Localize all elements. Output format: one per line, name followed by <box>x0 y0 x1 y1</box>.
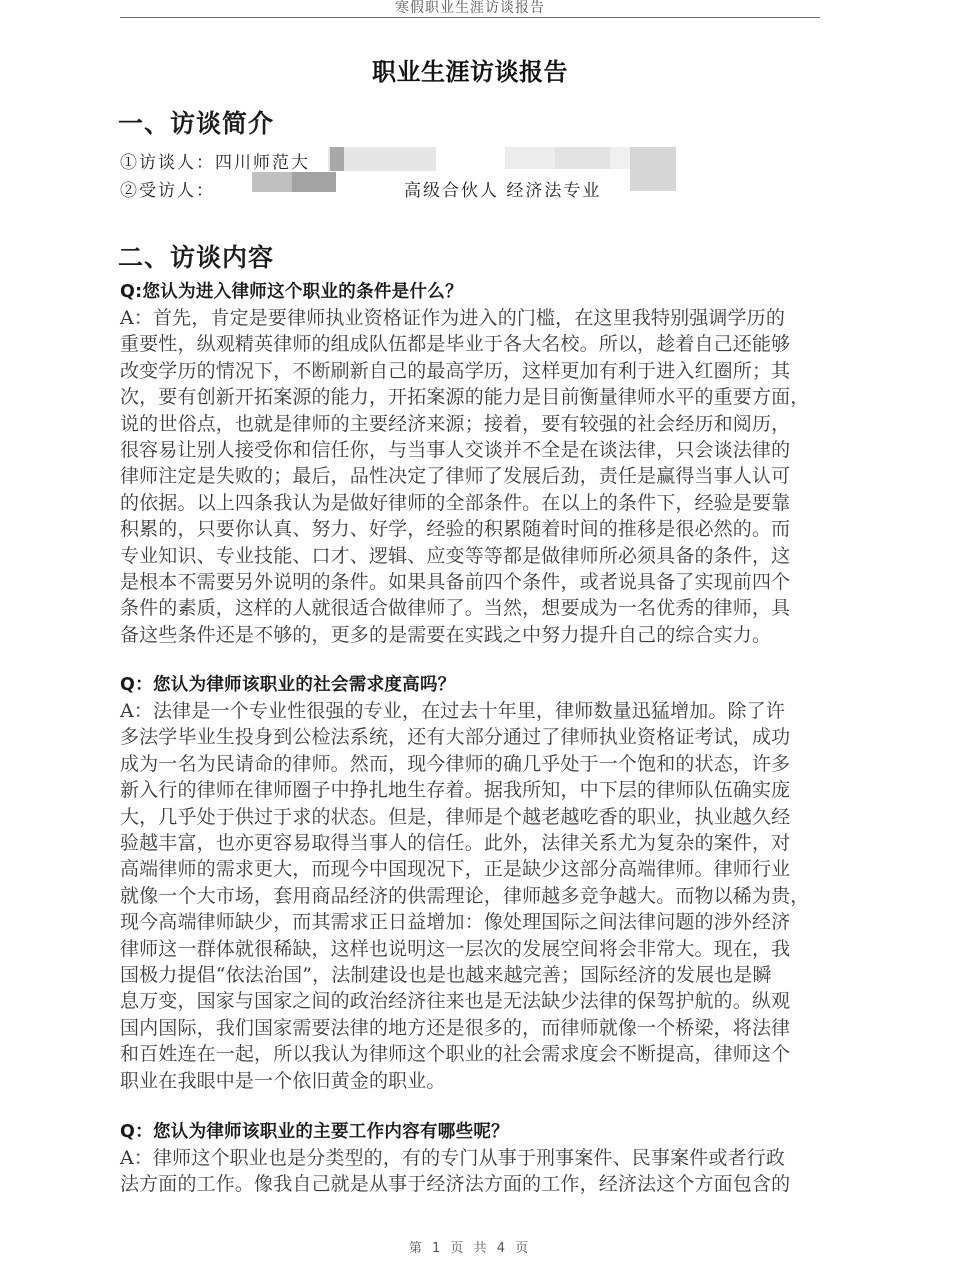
answer-line: 法方面的工作。像我自己就是从事于经济法方面的工作，经济法这个方面包含的 <box>120 1171 825 1197</box>
redaction-block <box>252 172 292 192</box>
answer-line: A：法律是一个专业性很强的专业，在过去十年里，律师数量迅猛增加。除了许 <box>120 698 825 724</box>
answer-line: 职业在我眼中是一个依旧黄金的职业。 <box>120 1068 825 1094</box>
answer-text: A：律师这个职业也是分类型的，有的专门从事于刑事案件、民事案件或者行政 法方面的… <box>120 1145 825 1198</box>
page-number-footer: 第 1 页 共 4 页 <box>0 1237 940 1256</box>
answer-line: 现今高端律师缺少，而其需求正日益增加：像处理国际之间法律问题的涉外经济 <box>120 909 825 935</box>
redaction-block <box>292 172 336 192</box>
section-heading-content: 二、访谈内容 <box>118 238 274 274</box>
interviewee-label: ②受访人： <box>120 181 215 201</box>
answer-line: 国内国际，我们国家需要法律的地方还是很多的，而律师就像一个桥梁，将法律 <box>120 1015 825 1041</box>
answer-line: 说的世俗点，也就是律师的主要经济来源；接着，要有较强的社会经历和阅历， <box>120 411 825 437</box>
redaction-block <box>505 147 555 169</box>
question-text: Q:您认为进入律师这个职业的条件是什么？ <box>120 279 825 305</box>
document-title: 职业生涯访谈报告 <box>0 52 940 87</box>
answer-text: A：法律是一个专业性很强的专业，在过去十年里，律师数量迅猛增加。除了许 多法学毕… <box>120 698 825 1094</box>
section-heading-intro: 一、访谈简介 <box>118 104 274 140</box>
redaction-block <box>630 147 676 191</box>
qa-block: Q：您认为律师该职业的主要工作内容有哪些呢？ A：律师这个职业也是分类型的，有的… <box>120 1119 825 1198</box>
answer-line: 很容易让别人接受你和信任你，与当事人交谈并不全是在谈法律，只会谈法律的 <box>120 437 825 463</box>
answer-line: 高端律师的需求更大，而现今中国现况下，正是缺少这部分高端律师。律师行业 <box>120 856 825 882</box>
answer-line: 是根本不需要另外说明的条件。如果具备前四个条件，或者说具备了实现前四个 <box>120 569 825 595</box>
answer-line: 大，几乎处于供过于求的状态。但是，律师是个越老越吃香的职业，执业越久经 <box>120 804 825 830</box>
answer-line: 专业知识、专业技能、口才、逻辑、应变等等都是做律师所必须具备的条件，这 <box>120 543 825 569</box>
answer-line: 国极力提倡“依法治国”，法制建设也是也越来越完善；国际经济的发展也是瞬 <box>120 962 825 988</box>
question-text: Q：您认为律师该职业的主要工作内容有哪些呢？ <box>120 1119 825 1145</box>
answer-line: 条件的素质，这样的人就很适合做律师了。当然，想要成为一名优秀的律师，具 <box>120 595 825 621</box>
interviewer-value: 四川师范大 <box>215 153 310 173</box>
interviewee-line: ②受访人： <box>120 176 215 201</box>
answer-line: 重要性，纵观精英律师的组成队伍都是毕业于各大名校。所以，趁着自己还能够 <box>120 331 825 357</box>
answer-line: 改变学历的情况下，不断刷新自己的最高学历，这样更加有利于进入红圈所；其 <box>120 358 825 384</box>
qa-block: Q：您认为律师该职业的社会需求度高吗？ A：法律是一个专业性很强的专业，在过去十… <box>120 672 825 1094</box>
answer-line: 备这些条件还是不够的，更多的是需要在实践之中努力提升自己的综合实力。 <box>120 622 825 648</box>
answer-line: 和百姓连在一起，所以我认为律师这个职业的社会需求度会不断提高，律师这个 <box>120 1041 825 1067</box>
redaction-block <box>330 147 344 171</box>
answer-line: 积累的，只要你认真、努力、好学，经验的积累随着时间的推移是很必然的。而 <box>120 516 825 542</box>
interviewer-line: ①访谈人：四川师范大 <box>120 148 310 173</box>
answer-line: 多法学毕业生投身到公检法系统，还有大部分通过了律师执业资格证考试，成功 <box>120 724 825 750</box>
redaction-block <box>328 147 436 171</box>
answer-line: 息万变，国家与国家之间的政治经济往来也是无法缺少法律的保驾护航的。纵观 <box>120 988 825 1014</box>
answer-text: A：首先，肯定是要律师执业资格证作为进入的门槛，在这里我特别强调学历的 重要性，… <box>120 305 825 648</box>
interviewer-label: ①访谈人： <box>120 153 215 173</box>
interviewee-value: 高级合伙人 经济法专业 <box>404 176 601 201</box>
running-header-title: 寒假职业生涯访谈报告 <box>395 3 545 13</box>
answer-line: 成为一名为民请命的律师。然而，现今律师的确几乎处于一个饱和的状态，许多 <box>120 751 825 777</box>
question-text: Q：您认为律师该职业的社会需求度高吗？ <box>120 672 825 698</box>
redaction-block <box>555 147 610 169</box>
answer-line: 律师注定是失败的；最后，品性决定了律师了发展后劲，责任是赢得当事人认可 <box>120 463 825 489</box>
answer-line: 验越丰富，也亦更容易取得当事人的信任。此外，法律关系尤为复杂的案件，对 <box>120 830 825 856</box>
answer-line: A：律师这个职业也是分类型的，有的专门从事于刑事案件、民事案件或者行政 <box>120 1145 825 1171</box>
answer-line: 新入行的律师在律师圈子中挣扎地生存着。据我所知，中下层的律师队伍确实庞 <box>120 777 825 803</box>
answer-line: 律师这一群体就很稀缺，这样也说明这一层次的发展空间将会非常大。现在，我 <box>120 936 825 962</box>
answer-line: 的依据。以上四条我认为是做好律师的全部条件。在以上的条件下，经验是要靠 <box>120 490 825 516</box>
running-header: 寒假职业生涯访谈报告 <box>120 0 820 18</box>
answer-line: 次，要有创新开拓案源的能力，开拓案源的能力是目前衡量律师水平的重要方面， <box>120 384 825 410</box>
answer-line: 就像一个大市场，套用商品经济的供需理论，律师越多竞争越大。而物以稀为贵， <box>120 883 825 909</box>
qa-block: Q:您认为进入律师这个职业的条件是什么？ A：首先，肯定是要律师执业资格证作为进… <box>120 279 825 648</box>
answer-line: A：首先，肯定是要律师执业资格证作为进入的门槛，在这里我特别强调学历的 <box>120 305 825 331</box>
